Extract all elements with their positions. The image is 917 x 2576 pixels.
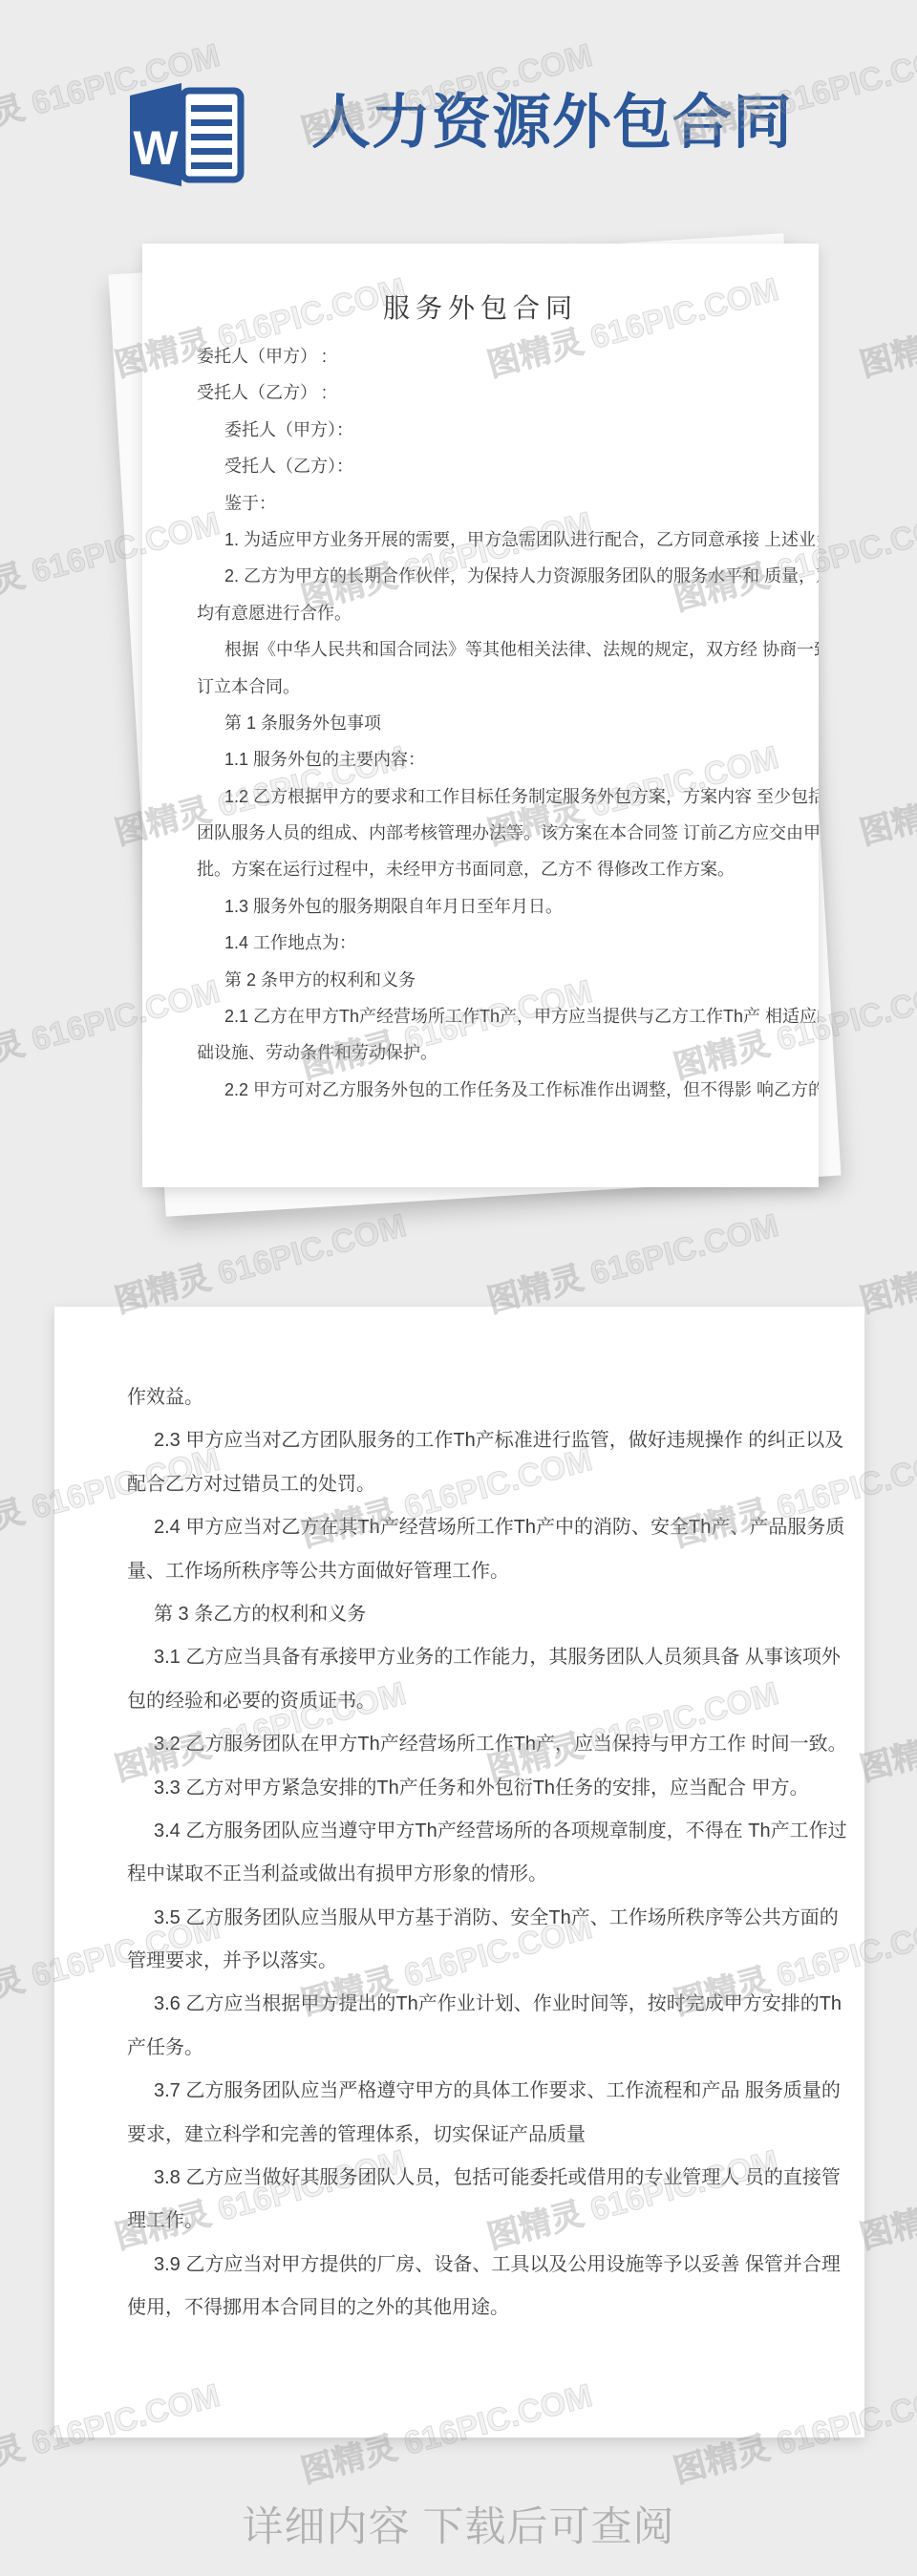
doc-line: 受托人（乙方）： (197, 455, 770, 491)
doc-line: 3.4 乙方服务团队应当遵守甲方Th产经营场所的各项规章制度，不得在 Th产工作… (127, 1819, 834, 1862)
doc-line: 使用，不得挪用本合同目的之外的其他用途。 (127, 2295, 834, 2338)
doc-line: 3.3 乙方对甲方紧急安排的Th产任务和外包衍Th任务的安排，应当配合 甲方。 (127, 1776, 834, 1819)
doc-line: 程中谋取不正当利益或做出有损甲方形象的情形。 (127, 1862, 834, 1905)
site-watermark: 图精灵 616PIC.COM (109, 1199, 411, 1322)
doc-line: 2.1 乙方在甲方Th产经营场所工作Th产，甲方应当提供与乙方工作Th产 相适应… (197, 1005, 770, 1041)
doc-line: 批。方案在运行过程中，未经甲方书面同意，乙方不 得修改工作方案。 (197, 858, 770, 894)
site-watermark: 图精灵 616PIC.COM (854, 731, 917, 854)
doc-line: 配合乙方对过错员工的处罚。 (127, 1472, 834, 1515)
doc-line: 2.2 甲方可对乙方服务外包的工作任务及工作标准作出调整，但不得影 响乙方的工 (197, 1078, 770, 1115)
site-watermark: 图精灵 616PIC.COM (481, 1199, 783, 1322)
site-watermark: 图精灵 616PIC.COM (854, 1199, 917, 1322)
doc-line: 委托人（甲方） : (197, 345, 770, 381)
page-1-text: 委托人（甲方） :受托人（乙方） :委托人（甲方）：受托人（乙方）：鉴于：1. … (197, 345, 770, 1115)
document-page-1: 服务外包合同 委托人（甲方） :受托人（乙方） :委托人（甲方）：受托人（乙方）… (142, 244, 819, 1187)
doc-line: 1.1 服务外包的主要内容： (197, 748, 770, 784)
doc-line: 2. 乙方为甲方的长期合作伙伴，为保持人力资源服务团队的服务水平和 质量，双方 (197, 564, 770, 601)
doc-line: 础设施、劳动条件和劳动保护。 (197, 1041, 770, 1077)
page-title: 人力资源外包合同 (311, 84, 846, 166)
word-document-icon: W (128, 80, 248, 189)
header: W 人力资源外包合同 (0, 0, 917, 220)
doc-line: 3.8 乙方应当做好其服务团队人员，包括可能委托或借用的专业管理人 员的直接管 (127, 2165, 834, 2208)
doc-line: 团队服务人员的组成、内部考核管理办法等。该方案在本合同签 订前乙方应交由甲方审 (197, 821, 770, 858)
doc-line: 作效益。 (127, 1385, 834, 1428)
doc-line: 第 1 条服务外包事项 (197, 712, 770, 748)
site-watermark: 图精灵 616PIC.COM (854, 263, 917, 386)
doc-line: 1.3 服务外包的服务期限自年月日至年月日。 (197, 895, 770, 931)
doc-line: 1.2 乙方根据甲方的要求和工作目标任务制定服务外包方案，方案内容 至少包括： (197, 785, 770, 821)
word-icon-letter: W (133, 121, 179, 175)
doc-line: 3.7 乙方服务团队应当严格遵守甲方的具体工作要求、工作流程和产品 服务质量的 (127, 2078, 834, 2121)
doc-line: 第 2 条甲方的权利和义务 (197, 969, 770, 1005)
doc-line: 受托人（乙方） : (197, 381, 770, 417)
doc-line: 订立本合同。 (197, 675, 770, 712)
download-hint-text: 详细内容 下载后可查阅 (0, 2495, 917, 2553)
contract-title: 服务外包合同 (142, 287, 819, 326)
doc-line: 2.4 甲方应当对乙方在其Th产经营场所工作Th产中的消防、安全Th产、产品服务… (127, 1515, 834, 1558)
doc-line: 委托人（甲方）： (197, 418, 770, 455)
doc-line: 3.9 乙方应当对甲方提供的厂房、设备、工具以及公用设施等予以妥善 保管并合理 (127, 2252, 834, 2295)
doc-line: 1. 为适应甲方业务开展的需要，甲方急需团队进行配合，乙方同意承接 上述业务； (197, 528, 770, 564)
doc-line: 要求，建立科学和完善的管理体系，切实保证产品质量 (127, 2122, 834, 2165)
doc-line: 管理要求，并予以落实。 (127, 1948, 834, 1991)
doc-line: 3.6 乙方应当根据甲方提出的Th产作业计划、作业时间等，按时完成甲方安排的Th (127, 1991, 834, 2034)
doc-line: 2.3 甲方应当对乙方团队服务的工作Th产标准进行监管，做好违规操作 的纠正以及 (127, 1428, 834, 1471)
page-2-text: 作效益。2.3 甲方应当对乙方团队服务的工作Th产标准进行监管，做好违规操作 的… (127, 1385, 834, 2339)
doc-line: 产任务。 (127, 2035, 834, 2078)
doc-line: 1.4 工作地点为： (197, 931, 770, 968)
doc-line: 3.1 乙方应当具备有承接甲方业务的工作能力，其服务团队人员须具备 从事该项外 (127, 1645, 834, 1688)
doc-line: 包的经验和必要的资质证书。 (127, 1689, 834, 1732)
doc-line: 第 3 条乙方的权利和义务 (127, 1602, 834, 1645)
doc-line: 3.5 乙方服务团队应当服从甲方基于消防、安全Th产、工作场所秩序等公共方面的 (127, 1905, 834, 1948)
doc-line: 根据《中华人民共和国合同法》等其他相关法律、法规的规定，双方经 协商一致， (197, 638, 770, 674)
doc-line: 3.2 乙方服务团队在甲方Th产经营场所工作Th产，应当保持与甲方工作 时间一致… (127, 1732, 834, 1775)
document-preview-page: { "colors":{ "background":"#ececec", "ac… (0, 0, 917, 2576)
doc-line: 均有意愿进行合作。 (197, 602, 770, 638)
doc-line: 鉴于： (197, 492, 770, 528)
doc-line: 理工作。 (127, 2208, 834, 2251)
document-page-2: 作效益。2.3 甲方应当对乙方团队服务的工作Th产标准进行监管，做好违规操作 的… (54, 1307, 864, 2438)
doc-line: 量、工作场所秩序等公共方面做好管理工作。 (127, 1559, 834, 1602)
